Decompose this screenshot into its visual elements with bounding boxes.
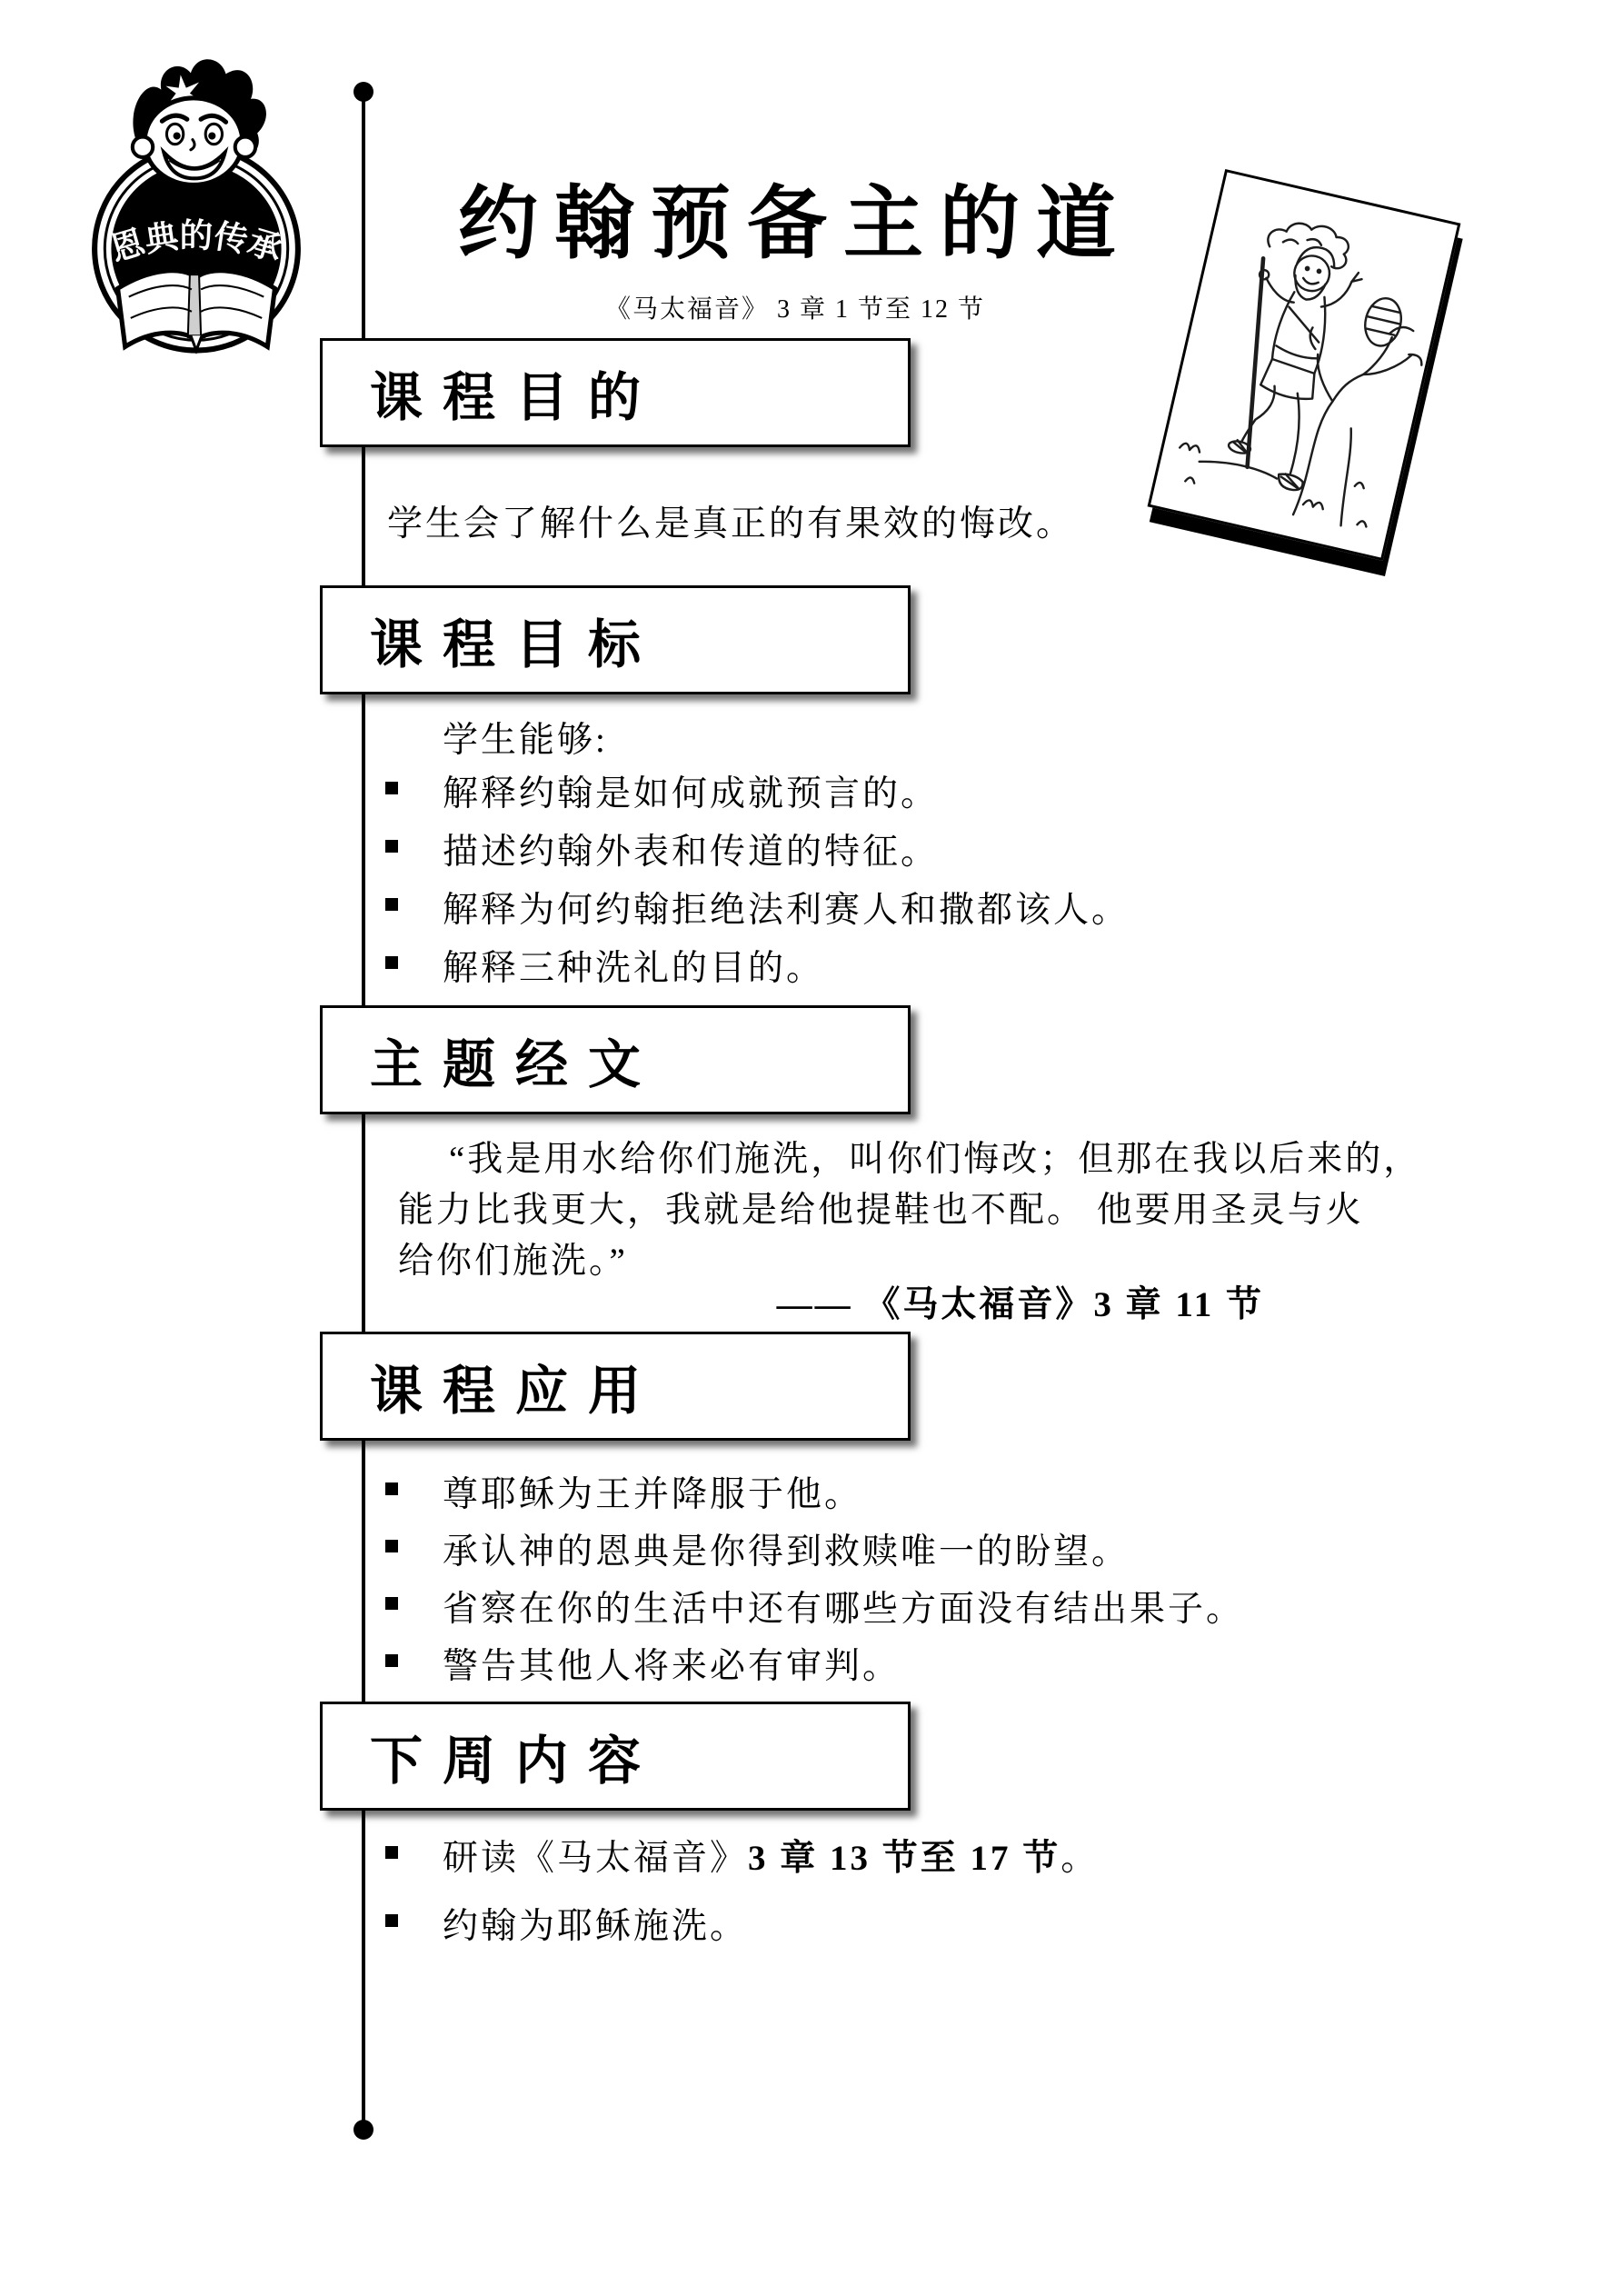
list-item: 约翰为耶稣施洗。: [385, 1898, 748, 1949]
lesson-purpose-text: 学生会了解什么是真正的有果效的悔改。: [387, 495, 1074, 546]
section-heading-theme-scripture: 主题经文: [320, 1005, 911, 1114]
list-item-text: 省察在你的生活中还有哪些方面没有结出果子。: [443, 1581, 1244, 1632]
scripture-quote-line: “我是用水给你们施洗，叫你们悔改；但那在我以后来的，: [398, 1134, 1479, 1185]
list-item-text: 尊耶稣为王并降服于他。: [443, 1466, 862, 1517]
list-item-text: 解释三种洗礼的目的。: [443, 940, 824, 991]
bullet-square-icon: [385, 1597, 398, 1610]
bullet-square-icon: [385, 782, 398, 794]
section-heading-next-week: 下周内容: [320, 1702, 911, 1811]
section-heading-lesson-goals: 课程目标: [320, 585, 911, 694]
section-heading-text: 下周内容: [370, 1718, 661, 1794]
bullet-square-icon: [385, 1914, 398, 1927]
next-week-reading-suffix: 。: [1060, 1839, 1099, 1878]
list-item: 承认神的恩典是你得到救赎唯一的盼望。: [385, 1523, 1130, 1574]
list-item: 描述约翰外表和传道的特征。: [385, 824, 939, 874]
bullet-square-icon: [385, 1482, 398, 1495]
bullet-square-icon: [385, 956, 398, 969]
section-heading-lesson-purpose: 课程目的: [320, 338, 911, 447]
rail-dot-bottom-icon: [353, 2120, 373, 2140]
next-week-reading-range: 3 章 13 节至 17 节: [748, 1839, 1060, 1878]
bullet-square-icon: [385, 898, 398, 911]
list-item-text: 警告其他人将来必有审判。: [443, 1638, 901, 1689]
bullet-square-icon: [385, 840, 398, 853]
list-item: 解释为何约翰拒绝法利赛人和撒都该人。: [385, 882, 1130, 933]
page-title: 约翰预备主的道: [327, 160, 1263, 275]
section-heading-lesson-application: 课程应用: [320, 1332, 911, 1441]
lesson-goals-lead: 学生能够:: [443, 712, 608, 763]
list-item-text: 承认神的恩典是你得到救赎唯一的盼望。: [443, 1523, 1130, 1574]
scripture-quote: “我是用水给你们施洗，叫你们悔改；但那在我以后来的， 能力比我更大，我就是给他提…: [398, 1134, 1479, 1287]
list-item: 研读《马太福音》3 章 13 节至 17 节。: [385, 1830, 1099, 1881]
bullet-square-icon: [385, 1654, 398, 1667]
page-subtitle: 《马太福音》 3 章 1 节至 12 节: [327, 289, 1263, 325]
list-item-text: 研读《马太福音》3 章 13 节至 17 节。: [443, 1830, 1099, 1881]
logo-open-book-icon: [118, 271, 275, 351]
section-heading-text: 课程目标: [370, 602, 661, 678]
list-item-text: 约翰为耶稣施洗。: [443, 1898, 748, 1949]
list-item: 警告其他人将来必有审判。: [385, 1638, 901, 1689]
scripture-attribution: —— 《马太福音》3 章 11 节: [398, 1276, 1264, 1327]
list-item: 解释三种洗礼的目的。: [385, 940, 824, 991]
list-item: 解释约翰是如何成就预言的。: [385, 765, 939, 816]
list-item-text: 描述约翰外表和传道的特征。: [443, 824, 939, 874]
next-week-reading-prefix: 研读《马太福音》: [443, 1839, 748, 1878]
section-heading-text: 主题经文: [370, 1022, 661, 1098]
bullet-square-icon: [385, 1540, 398, 1552]
worksheet-page: 恩典的传承 约翰预备主的道 《马太福音》 3 章 1 节至 12 节: [0, 0, 1623, 2296]
scripture-quote-line: 能力比我更大，我就是给他提鞋也不配。 他要用圣灵与火: [398, 1185, 1479, 1236]
list-item: 尊耶稣为王并降服于他。: [385, 1466, 862, 1517]
section-heading-text: 课程应用: [370, 1348, 661, 1424]
grace-heritage-logo: 恩典的传承: [71, 53, 322, 376]
section-heading-text: 课程目的: [370, 354, 661, 431]
rail-dot-top-icon: [353, 82, 373, 102]
list-item: 省察在你的生活中还有哪些方面没有结出果子。: [385, 1581, 1244, 1632]
list-item-text: 解释约翰是如何成就预言的。: [443, 765, 939, 816]
list-item-text: 解释为何约翰拒绝法利赛人和撒都该人。: [443, 882, 1130, 933]
bullet-square-icon: [385, 1846, 398, 1859]
